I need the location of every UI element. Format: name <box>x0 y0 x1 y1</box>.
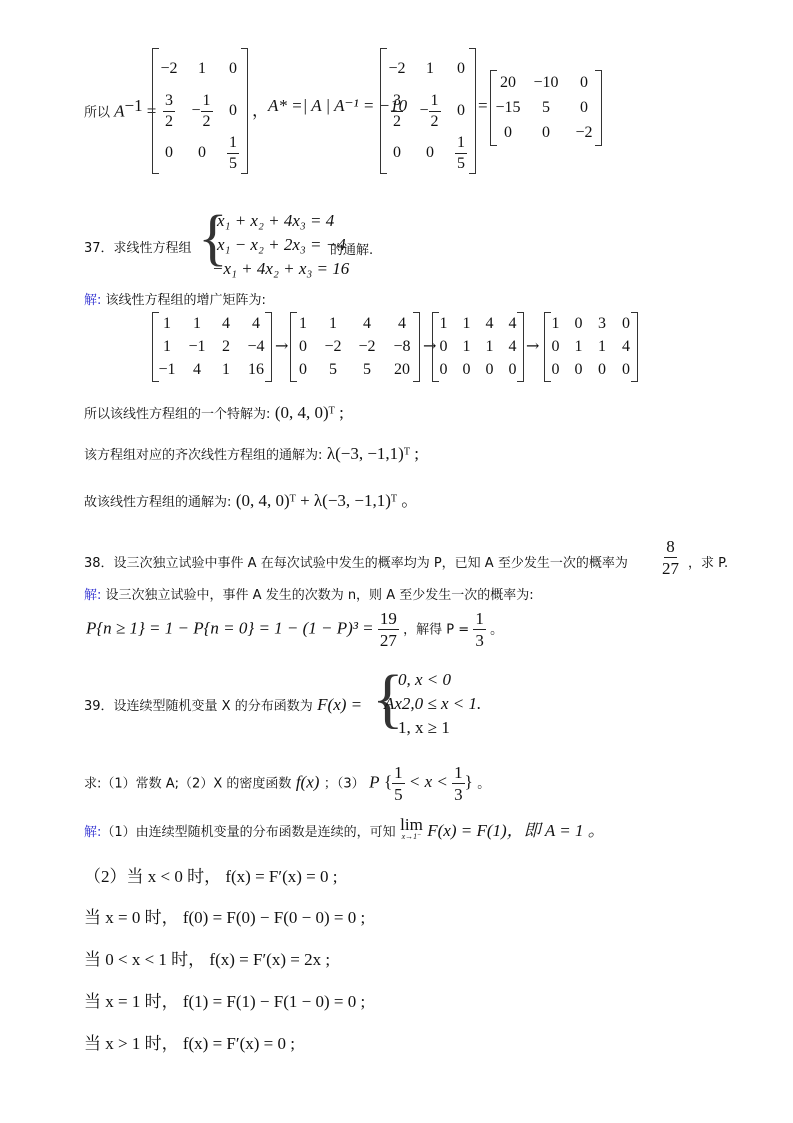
q37-suffix: 的通解. <box>330 239 373 258</box>
q39-step-2: （2）当 x < 0 时， f(x) = F′(x) = 0 ; <box>84 862 337 887</box>
cell: −10 <box>526 70 566 95</box>
denominator: 3 <box>473 630 486 649</box>
inv-prefix: 所以 A−1 = <box>84 96 156 121</box>
equation-1: x₁ + x₂ + 4x₃ = 4 <box>217 211 334 231</box>
solution-label: 解: <box>84 825 101 840</box>
probability-symbol: P <box>369 772 379 791</box>
q39-step-4: 当 0 < x < 1 时， f(x) = F′(x) = 2x ; <box>84 945 330 970</box>
limit-label: lim <box>400 816 423 833</box>
value-text: (0, 4, 0)ᵀ ; <box>275 403 344 422</box>
solution-text: 设三次独立试验中，事件 A 发生的次数为 n，则 A 至少发生一次的概率为: <box>106 588 534 603</box>
cell: 1 <box>316 312 350 335</box>
cell: 0 <box>414 132 446 174</box>
cell: 5 <box>316 358 350 381</box>
solution-text: 该线性方程组的增广矩阵为: <box>106 293 266 308</box>
q39-ask: 求:（1）常数 A;（2）X 的密度函数 f(x) ；（3） P {15 < x… <box>84 764 490 803</box>
augmented-matrix-3: 1 1 4 4 0 1 1 4 0 0 0 0 <box>432 312 524 382</box>
cell: 5 <box>350 358 384 381</box>
ask-text: 求:（1）常数 A;（2）X 的密度函数 <box>84 776 291 791</box>
q39-prompt: 39．设连续型随机变量 X 的分布函数为 F(x) = <box>84 695 362 715</box>
cell: 1 <box>478 335 501 358</box>
numerator: 19 <box>378 610 399 630</box>
numerator: 8 <box>664 538 677 558</box>
cell: 4 <box>350 312 384 335</box>
case-3: 1, x ≥ 1 <box>398 718 450 738</box>
end-mark: 。 <box>490 622 503 637</box>
question-number: 39． <box>84 699 114 714</box>
density-function: f(x) <box>296 772 320 791</box>
prompt-text: 设三次独立试验中事件 A 在每次试验中发生的概率均为 P，已知 A 至少发生一次… <box>114 556 628 571</box>
denominator: 27 <box>378 630 399 649</box>
augmented-matrix-4: 1 0 3 0 0 1 1 4 0 0 0 0 <box>544 312 638 382</box>
q38-solution-text: 解: 设三次独立试验中，事件 A 发生的次数为 n，则 A 至少发生一次的概率为… <box>84 584 534 603</box>
arrow-icon: → <box>275 336 288 355</box>
label-text: 所以该线性方程组的一个特解为: <box>84 407 270 422</box>
cell: 5 <box>526 95 566 120</box>
q39-solution-1: 解:（1）由连续型随机变量的分布函数是连续的，可知 lim x→1⁻ F(x) … <box>84 816 605 841</box>
cell: 0 <box>590 358 614 381</box>
q39-step-5: 当 x = 1 时， f(1) = F(1) − F(1 − 0) = 0 ; <box>84 987 365 1012</box>
cell-fraction: −12 <box>186 90 218 132</box>
particular-solution: 所以该线性方程组的一个特解为: (0, 4, 0)ᵀ ; <box>84 403 344 423</box>
value-text: (0, 4, 0)ᵀ + λ(−3, −1,1)ᵀ 。 <box>236 491 418 510</box>
homogeneous-solution: 该方程组对应的齐次线性方程组的通解为: λ(−3, −1,1)ᵀ ; <box>84 444 419 464</box>
numerator: 1 <box>473 610 486 630</box>
cell: 4 <box>182 358 212 381</box>
q38-equation: P{n ≥ 1} = 1 − P{n = 0} = 1 − (1 − P)³ =… <box>86 610 503 649</box>
matrix-label: A <box>114 101 124 120</box>
q37-solution-intro: 解: 该线性方程组的增广矩阵为: <box>84 289 266 308</box>
equation-text: P{n ≥ 1} = 1 − P{n = 0} = 1 − (1 − P)³ = <box>86 618 374 637</box>
cell: −1 <box>182 335 212 358</box>
question-number: 37． <box>84 241 114 256</box>
q37-prompt: 37．求线性方程组 <box>84 237 192 256</box>
prompt-text: 求线性方程组 <box>114 241 192 256</box>
cell: 4 <box>478 312 501 335</box>
q38-suffix: ，求 P. <box>688 552 728 571</box>
limit-subscript: x→1⁻ <box>402 833 422 841</box>
function-label: F(x) = <box>317 695 362 714</box>
adjugate-result-matrix: 20 −10 0 −15 5 0 0 0 −2 <box>490 70 602 146</box>
cell: 1 <box>567 335 590 358</box>
arrow-icon: → <box>526 336 539 355</box>
cell: 1 <box>455 335 478 358</box>
prefix-text: 所以 <box>84 105 110 120</box>
cell: 2 <box>212 335 240 358</box>
cell: 1 <box>182 312 212 335</box>
solution-text: （1）由连续型随机变量的分布函数是连续的，可知 <box>101 825 395 840</box>
cell: 0 <box>455 358 478 381</box>
ask-text: ；（3） <box>324 776 365 791</box>
cell: 1 <box>414 48 446 90</box>
solution-label: 解: <box>84 293 101 308</box>
equation-2: x₁ − x₂ + 2x₃ = −4 <box>217 235 346 255</box>
a-inverse-matrix: −2 1 0 32 −12 0 0 0 15 <box>152 48 248 174</box>
cell: 0 <box>186 132 218 174</box>
solution-label: 解: <box>84 588 101 603</box>
cell: 0 <box>478 358 501 381</box>
cell: −2 <box>316 335 350 358</box>
cell: 0 <box>567 312 590 335</box>
q39-step-3: 当 x = 0 时， f(0) = F(0) − F(0 − 0) = 0 ; <box>84 903 365 928</box>
result-text: ，解得 P = <box>403 622 469 637</box>
cell: 0 <box>567 358 590 381</box>
denominator: 27 <box>660 558 681 577</box>
question-number: 38． <box>84 556 114 571</box>
cell: 1 <box>590 335 614 358</box>
superscript: −1 <box>125 96 143 115</box>
cell: 1 <box>186 48 218 90</box>
comma: ， <box>252 96 269 121</box>
cell: 1 <box>212 358 240 381</box>
label-text: 该方程组对应的齐次线性方程组的通解为: <box>84 448 322 463</box>
limit-expression: F(x) = F(1)，即 A = 1 。 <box>427 821 604 840</box>
case-1: 0, x < 0 <box>398 670 451 690</box>
fraction-8-27: 827 <box>660 538 681 577</box>
label-text: 故该线性方程组的通解为: <box>84 495 231 510</box>
q39-step-6: 当 x > 1 时， f(x) = F′(x) = 0 ; <box>84 1029 295 1054</box>
cell-fraction: −12 <box>414 90 446 132</box>
cell: 0 <box>526 120 566 145</box>
cell: 4 <box>212 312 240 335</box>
equation-3: −x₁ + 4x₂ + x₃ = 16 <box>212 259 349 279</box>
a-inverse-matrix-2: −2 1 0 32 −12 0 0 0 15 <box>380 48 476 174</box>
augmented-matrix-1: 1 1 4 4 1 −1 2 −4 −1 4 1 16 <box>152 312 272 382</box>
prompt-text: 设连续型随机变量 X 的分布函数为 <box>114 699 313 714</box>
q38-prompt: 38．设三次独立试验中事件 A 在每次试验中发生的概率均为 P，已知 A 至少发… <box>84 552 628 571</box>
case-2: Ax2,0 ≤ x < 1. <box>384 694 481 714</box>
equals-sign: = <box>478 96 488 116</box>
value-text: λ(−3, −1,1)ᵀ ; <box>327 444 419 463</box>
cell: 3 <box>590 312 614 335</box>
cell: −2 <box>350 335 384 358</box>
cell: 1 <box>455 312 478 335</box>
end-mark: 。 <box>477 776 490 791</box>
augmented-matrix-2: 1 1 4 4 0 −2 −2 −8 0 5 5 20 <box>290 312 420 382</box>
general-solution: 故该线性方程组的通解为: (0, 4, 0)ᵀ + λ(−3, −1,1)ᵀ 。 <box>84 486 418 511</box>
